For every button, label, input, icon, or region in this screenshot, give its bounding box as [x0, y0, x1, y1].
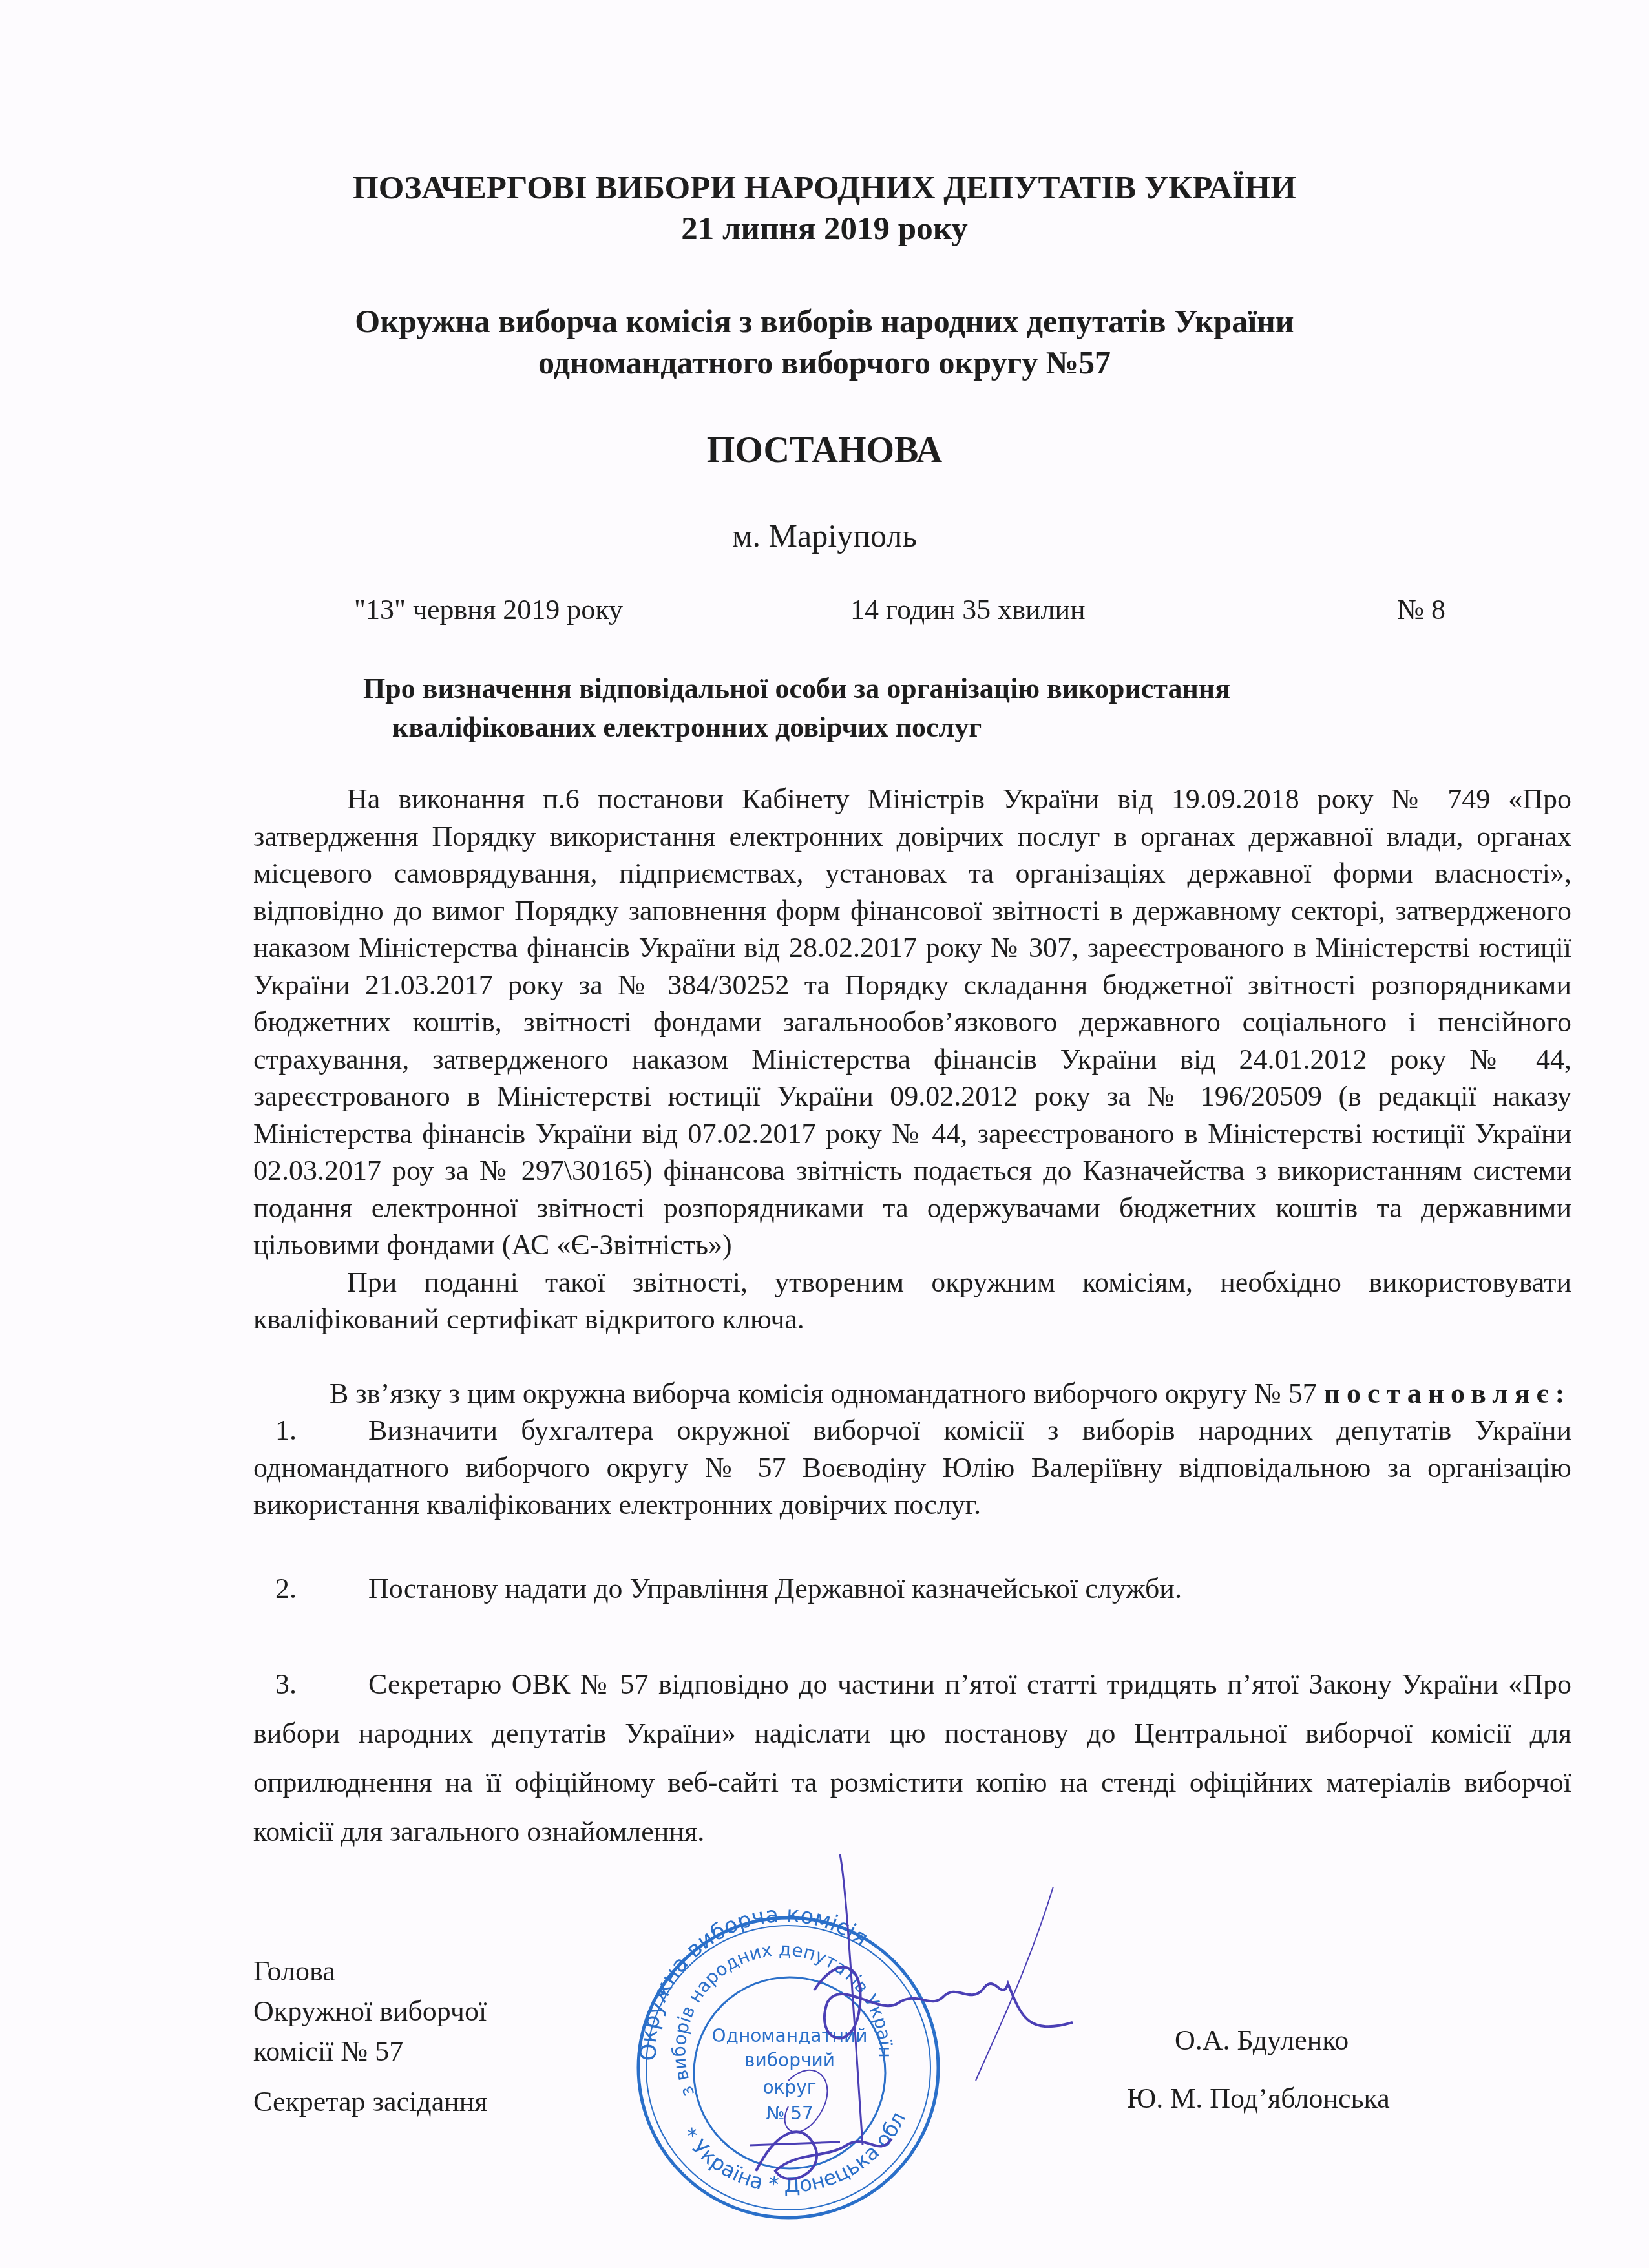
- city: м. Маріуполь: [0, 517, 1649, 554]
- paragraph-legal-basis: На виконання п.6 постанови Кабінету Міні…: [253, 781, 1571, 1264]
- election-title: ПОЗАЧЕРГОВІ ВИБОРИ НАРОДНИХ ДЕПУТАТІВ УК…: [0, 169, 1649, 207]
- signature-scribble-icon: [750, 1809, 1073, 2229]
- document-type-title: ПОСТАНОВА: [0, 430, 1649, 471]
- item-number: 2.: [253, 1570, 368, 1608]
- chair-title-line2: Окружної виборчої: [253, 1991, 487, 2032]
- item-number: 3.: [253, 1660, 368, 1709]
- chair-title: Голова Окружної виборчої комісії № 57: [253, 1951, 487, 2072]
- chair-name: О.А. Бдуленко: [1175, 2024, 1349, 2057]
- item-text: Визначити бухгалтера окружної виборчої к…: [253, 1414, 1571, 1520]
- document-date: "13" червня 2019 року: [354, 593, 623, 626]
- item-number: 1.: [253, 1412, 368, 1449]
- chair-title-line3: комісії № 57: [253, 2032, 487, 2072]
- election-date: 21 липня 2019 року: [0, 210, 1649, 247]
- subject-line1: Про визначення відповідальної особи за о…: [363, 669, 1230, 708]
- document-body: На виконання п.6 постанови Кабінету Міні…: [253, 781, 1571, 1856]
- secretary-title: Секретар засідання: [253, 2082, 488, 2122]
- paragraph-certificate: При поданні такої звітності, утвореним о…: [253, 1264, 1571, 1338]
- secretary-name: Ю. М. Под’яблонська: [1127, 2082, 1390, 2115]
- item-text: Постанову надати до Управління Державної…: [368, 1573, 1182, 1604]
- resolves-keyword: постановляє:: [1324, 1378, 1571, 1409]
- commission-name-line1: Окружна виборча комісія з виборів народн…: [0, 302, 1649, 340]
- chair-title-line1: Голова: [253, 1951, 487, 1991]
- commission-name-line2: одномандатного виборчого округу №57: [0, 344, 1649, 381]
- document-time: 14 годин 35 хвилин: [850, 593, 1086, 626]
- resolution-item-2: 2.Постанову надати до Управління Державн…: [253, 1570, 1571, 1608]
- handwritten-signatures: [750, 1809, 1073, 2229]
- resolution-intro-text: В зв’язку з цим окружна виборча комісія …: [330, 1378, 1317, 1409]
- resolution-intro: В зв’язку з цим окружна виборча комісія …: [253, 1375, 1571, 1412]
- document-number: № 8: [1397, 593, 1445, 626]
- subject-line2: кваліфікованих електронних довірчих посл…: [392, 708, 982, 747]
- resolution-item-1: 1.Визначити бухгалтера окружної виборчої…: [253, 1412, 1571, 1524]
